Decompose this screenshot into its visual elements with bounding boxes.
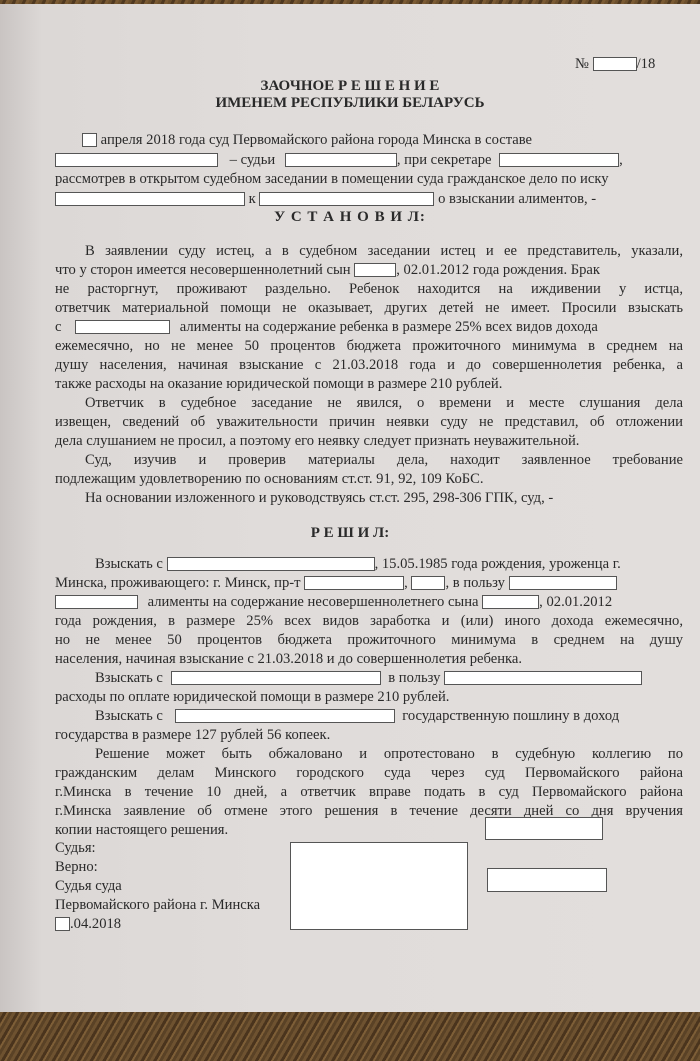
decided-line-15: копии настоящего решения. (55, 822, 228, 839)
decided-line-1: Взыскать с , 15.05.1985 года рождения, у… (95, 556, 685, 573)
established-line-2: что у сторон имеется несовершеннолетний … (55, 262, 685, 279)
redacted-beneficiary (509, 576, 617, 590)
number-suffix: /18 (637, 56, 656, 72)
decided-line-8: расходы по оплате юридической помощи в р… (55, 689, 449, 706)
decided-line-12: гражданским делам Минского городского су… (55, 765, 683, 782)
established-line-7: душу населения, начиная взыскание с 21.0… (55, 357, 683, 374)
established-line-11: дела слушанием не просил, а поэтому его … (55, 433, 579, 450)
decided-line-4: года рождения, в размере 25% всех видов … (55, 613, 683, 630)
intro-line-4: к о взыскании алиментов, - (55, 191, 685, 208)
document-title: ЗАОЧНОЕ Р Е Ш Е Н И Е (0, 78, 700, 95)
established-line-12: Суд, изучив и проверив материалы дела, н… (85, 452, 683, 469)
true-copy-label: Верно: (55, 859, 98, 876)
established-line-4: ответчик материальной помощи не оказывае… (55, 300, 683, 317)
redacted-case-number (593, 57, 637, 71)
decided-line-2: Минска, проживающего: г. Минск, пр-т , ,… (55, 575, 685, 592)
established-line-10: извещен, сведений об уважительности прич… (55, 414, 683, 431)
number-sign: № (575, 56, 589, 72)
redacted-judge-name (487, 868, 607, 892)
redacted-son-name-2 (482, 595, 539, 609)
decided-line-11: Решение может быть обжаловано и опротест… (95, 746, 683, 763)
redacted-stamp (290, 842, 468, 930)
redacted-date-day (55, 917, 70, 931)
decided-line-10: государства в размере 127 рублей 56 копе… (55, 727, 330, 744)
established-line-6: ежемесячно, но не менее 50 процентов бюд… (55, 338, 683, 355)
redacted-defendant-2 (75, 320, 170, 334)
decided-line-6: населения, начиная взыскание с 21.03.201… (55, 651, 522, 668)
established-line-3: не расторгнут, проживают раздельно. Ребе… (55, 281, 683, 298)
intro-line-2: – судьи , при секретаре , (55, 152, 685, 169)
heading-decided: Р Е Ш И Л: (0, 525, 700, 542)
intro-line-1: апреля 2018 года суд Первомайского район… (82, 132, 682, 149)
redacted-judge-signature (485, 817, 603, 840)
established-line-13: подлежащим удовлетворению по основаниям … (55, 471, 483, 488)
redacted-street (304, 576, 404, 590)
redacted-defendant-3 (171, 671, 381, 685)
redacted-day (82, 133, 97, 147)
heading-established: У С Т А Н О В И Л: (0, 209, 700, 226)
document-subtitle: ИМЕНЕМ РЕСПУБЛИКИ БЕЛАРУСЬ (0, 95, 700, 112)
redacted-secretary (499, 153, 619, 167)
decision-date: .04.2018 (55, 916, 121, 933)
established-line-1: В заявлении суду истец, а в судебном зас… (85, 243, 683, 260)
established-line-9: Ответчик в судебное заседание не явился,… (85, 395, 683, 412)
decided-line-13: г.Минска в течение 10 дней, а ответчик в… (55, 784, 683, 801)
redacted-judge (285, 153, 397, 167)
court-judge-label: Судья суда (55, 878, 122, 895)
established-line-8: также расходы на оказание юридической по… (55, 376, 502, 393)
redacted-beneficiary-2 (444, 671, 642, 685)
decided-line-5: но не менее 50 процентов бюджета прожито… (55, 632, 683, 649)
established-line-14: На основании изложенного и руководствуяс… (85, 490, 553, 507)
redacted-beneficiary-cont (55, 595, 138, 609)
judge-label: Судья: (55, 840, 96, 857)
decided-line-9: Взыскать с государственную пошлину в дох… (95, 708, 685, 725)
table-surface-bottom (0, 1012, 700, 1061)
redacted-defendant (259, 192, 434, 206)
redacted-building (411, 576, 445, 590)
established-line-5: с алименты на содержание ребенка в разме… (55, 319, 685, 336)
decided-line-3: алименты на содержание несовершеннолетне… (55, 594, 685, 611)
case-number: № /18 (575, 56, 655, 73)
court-name-label: Первомайского района г. Минска (55, 897, 260, 914)
redacted-court-composition (55, 153, 218, 167)
decided-line-7: Взыскать с в пользу (95, 670, 685, 687)
redacted-plaintiff (55, 192, 245, 206)
redacted-defendant-4 (175, 709, 395, 723)
redacted-son-name (354, 263, 396, 277)
redacted-defendant-name (167, 557, 375, 571)
intro-line-3: рассмотрев в открытом судебном заседании… (55, 171, 609, 188)
